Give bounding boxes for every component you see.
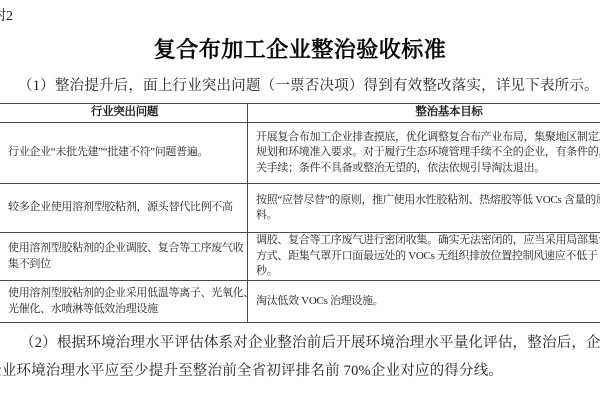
- document-page: { "document": { "attachment_label": "附2"…: [0, 0, 600, 400]
- problem-cell: 较多企业使用溶剂型胶粘剂，源头替代比例不高: [0, 184, 248, 232]
- column-header-goal: 整治基本目标: [248, 104, 600, 122]
- cell-line: 料。: [256, 208, 600, 224]
- cell-line: 规划和环境准入要求。对于履行生态环境管理手续不全的企业，有条件的，补: [256, 145, 600, 161]
- cell-line: 关手续；条件不具备或整治无望的，依法依规引导淘汰退出。: [256, 161, 600, 177]
- cell-line: 使用溶剂型胶粘剂的企业采用低温等离子、光氧化、: [8, 286, 241, 302]
- cell-line: 行业企业“未批先建”“批建不符”问题普遍。: [8, 145, 241, 161]
- problem-cell: 使用溶剂型胶粘剂的企业采用低温等离子、光氧化、 光催化、水喷淋等低效治理设施: [0, 281, 248, 322]
- table-row: 使用溶剂型胶粘剂的企业调胶、复合等工序废气收 集不到位 调胶、复合等工序废气进行…: [0, 233, 600, 281]
- cell-line: 秒。: [256, 264, 600, 280]
- cell-line: 方式、距集气罩开口面最远处的 VOCs 无组织排放位置控制风速应不低于 0.3 …: [256, 249, 600, 265]
- cell-line: 集不到位: [8, 257, 241, 273]
- cell-line: 淘汰低效 VOCs 治理设施。: [256, 294, 600, 310]
- goal-cell: 调胶、复合等工序废气进行密闭收集。确实无法密闭的，应当采用局部集气 方式、距集气…: [248, 233, 600, 280]
- cell-line: 按照“应替尽替”的原则，推广使用水性胶粘剂、热熔胶等低 VOCs 含量的原: [256, 193, 600, 209]
- goal-cell: 淘汰低效 VOCs 治理设施。: [248, 281, 600, 322]
- problem-cell: 行业企业“未批先建”“批建不符”问题普遍。: [0, 123, 248, 183]
- intro-paragraph: （1）整治提升后，面上行业突出问题（一票否决项）得到有效整改落实，详见下表所示。: [18, 74, 599, 95]
- table-row: 行业企业“未批先建”“批建不符”问题普遍。 开展复合布加工企业排查摸底，优化调整…: [0, 123, 600, 184]
- problem-cell: 使用溶剂型胶粘剂的企业调胶、复合等工序废气收 集不到位: [0, 233, 248, 280]
- cell-line: 使用溶剂型胶粘剂的企业调胶、复合等工序废气收: [8, 241, 241, 257]
- column-header-problem-label: 行业突出问题: [91, 105, 158, 121]
- table-row: 使用溶剂型胶粘剂的企业采用低温等离子、光氧化、 光催化、水喷淋等低效治理设施 淘…: [0, 281, 600, 323]
- table-header-row: 行业突出问题 整治基本目标: [0, 104, 600, 123]
- evaluation-paragraph-line-2: 企业环境治理水平应至少提升至整治前全省初评排名前 70%企业对应的得分线。: [0, 359, 503, 380]
- goal-cell: 开展复合布加工企业排查摸底，优化调整复合布产业布局，集聚地区制定产业 规划和环境…: [248, 123, 600, 183]
- evaluation-paragraph-line-1: （2）根据环境治理水平评估体系对企业整治前后开展环境治理水平量化评估，整治后，企: [20, 331, 600, 352]
- cell-line: 较多企业使用溶剂型胶粘剂，源头替代比例不高: [8, 200, 241, 216]
- column-header-goal-label: 整治基本目标: [415, 105, 482, 121]
- attachment-label: 附2: [0, 5, 13, 25]
- table-row: 较多企业使用溶剂型胶粘剂，源头替代比例不高 按照“应替尽替”的原则，推广使用水性…: [0, 184, 600, 233]
- cell-line: 光催化、水喷淋等低效治理设施: [8, 302, 241, 318]
- document-title: 复合布加工企业整治验收标准: [0, 33, 600, 64]
- goal-cell: 按照“应替尽替”的原则，推广使用水性胶粘剂、热熔胶等低 VOCs 含量的原 料。: [248, 184, 600, 232]
- cell-line: 调胶、复合等工序废气进行密闭收集。确实无法密闭的，应当采用局部集气: [256, 233, 600, 249]
- acceptance-standards-table: 行业突出问题 整治基本目标 行业企业“未批先建”“批建不符”问题普遍。 开展复合…: [0, 103, 600, 323]
- cell-line: 开展复合布加工企业排查摸底，优化调整复合布产业布局，集聚地区制定产业: [256, 130, 600, 146]
- column-header-problem: 行业突出问题: [0, 104, 248, 122]
